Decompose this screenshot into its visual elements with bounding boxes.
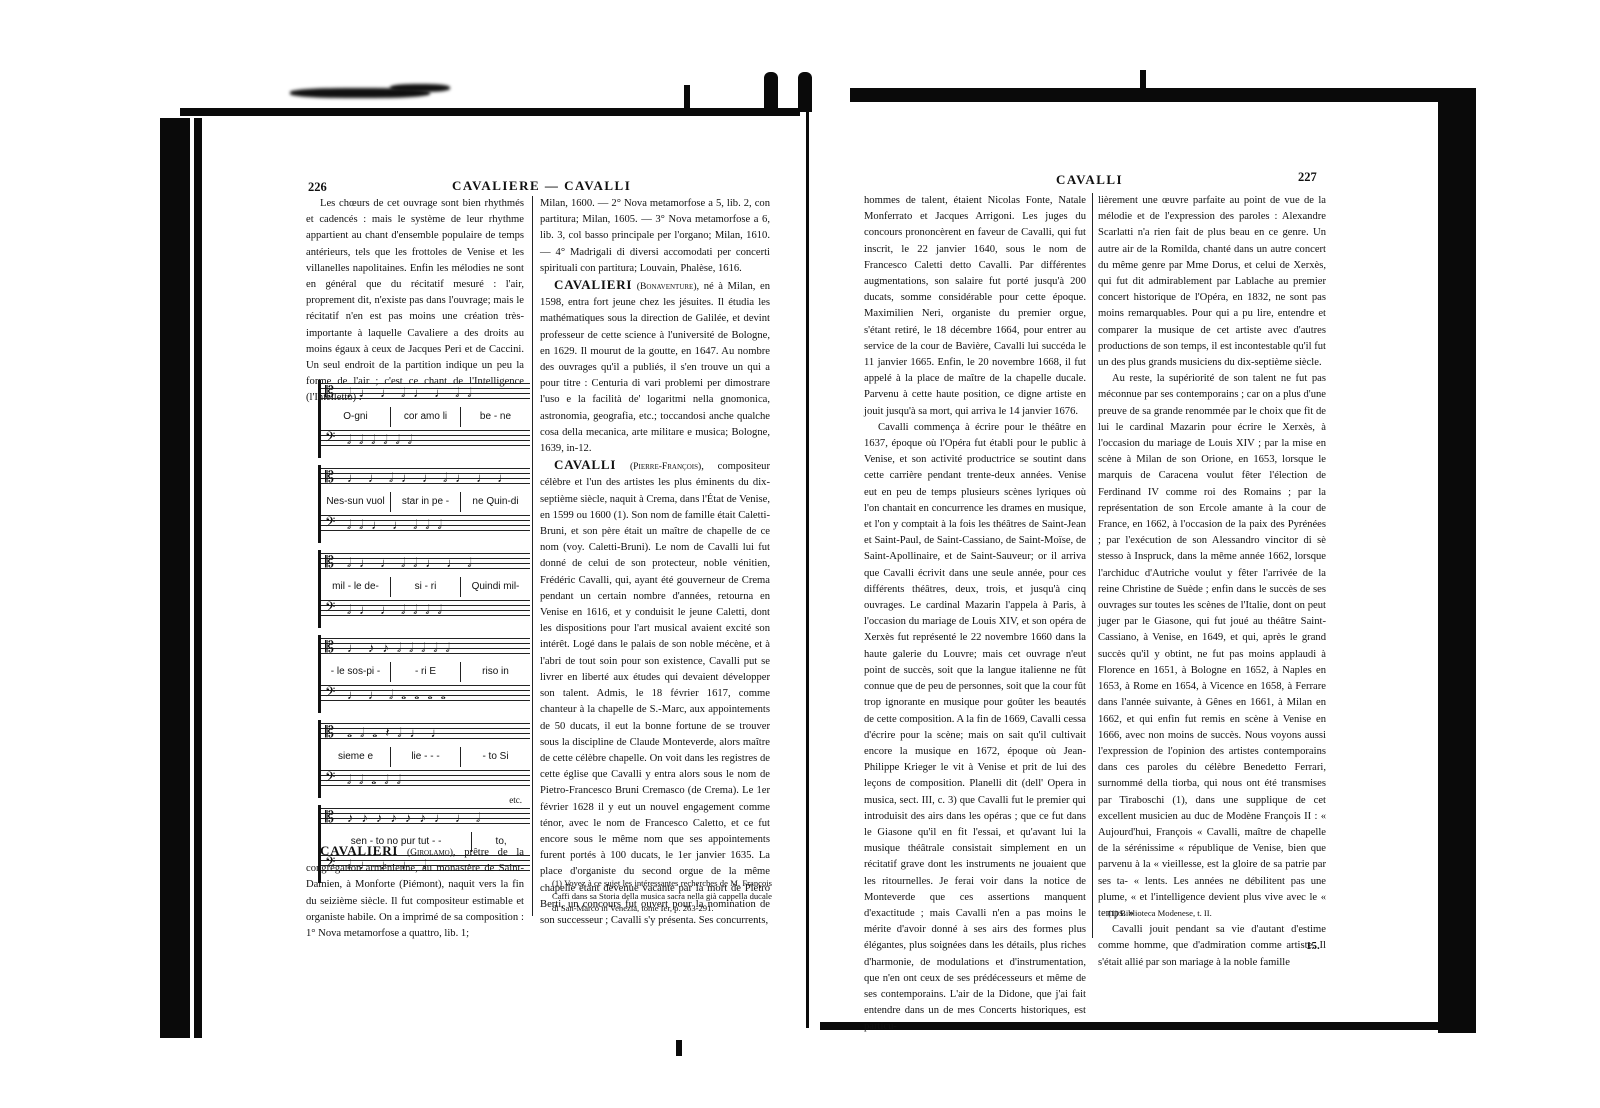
paragraph: Cavalli jouit pendant sa vie d'autant d'…: [1098, 922, 1326, 971]
gutter-tab: [798, 72, 812, 112]
lyrics-row: Nes-sun vuol star in pe - ne Quin-di: [321, 492, 530, 512]
notes: 𝅗𝅥♩♩𝅗𝅥♩♩𝅗𝅥𝅗𝅥: [347, 383, 526, 403]
c-clef-icon: 𝄡: [325, 383, 334, 403]
lyrics-row: - le sos-pi - - ri E riso in: [321, 662, 530, 682]
paragraph: lièrement une œuvre parfaite au point de…: [1098, 193, 1326, 371]
gutter-tab: [764, 72, 778, 112]
paragraph: Au reste, la supériorité de son talent n…: [1098, 371, 1326, 922]
footnote-right: (1) Biblioteca Modenese, t. II.: [1108, 907, 1328, 920]
score-system: 𝄡♩♩𝅗𝅥♩♩𝅗𝅥♩♩♩ Nes-sun vuol star in pe - n…: [318, 465, 530, 543]
left-column-1: Les chœurs de cet ouvrage sont bien rhyt…: [306, 196, 524, 407]
top-left-edge: [180, 108, 800, 116]
top-right-edge: [850, 88, 1470, 102]
right-book-edge: [1438, 88, 1476, 1033]
score-system: 𝄡𝅗𝅥♩♩𝅗𝅥𝅗𝅥♩♩𝅗𝅥 mil - le de- si - ri Quind…: [318, 550, 530, 628]
running-head-right: CAVALLI: [1056, 172, 1123, 188]
score-system: 𝄡𝅗𝅥♩♩𝅗𝅥♩♩𝅗𝅥𝅗𝅥 O-gni cor amo li be - ne 𝄢…: [318, 380, 530, 458]
score-system: 𝄡𝅝𝅗𝅥𝅝𝄽𝅗𝅥♩♩ sieme e lie - - - - to Si 𝄢𝅗𝅥…: [318, 720, 530, 798]
notes: 𝅗𝅥𝅗𝅥𝅗𝅥𝅗𝅥𝅗𝅥𝅗𝅥: [347, 430, 526, 450]
gutter-tab: [684, 85, 690, 111]
entry-cavalieri-girolamo: CAVALIERI (Girolamo), prêtre de la congr…: [306, 843, 524, 942]
paragraph: Cavalli commença à écrire pour le théâtr…: [864, 420, 1086, 1036]
lyrics-row: O-gni cor amo li be - ne: [321, 407, 530, 427]
page-number-left: 226: [308, 180, 327, 195]
right-column-2: lièrement une œuvre parfaite au point de…: [1098, 193, 1326, 971]
left-column-1-bottom: CAVALIERI (Girolamo), prêtre de la congr…: [306, 843, 524, 942]
scanned-book-spread: 226 CAVALIERE — CAVALLI Les chœurs de ce…: [0, 0, 1600, 1108]
column-rule: [532, 196, 533, 916]
lyrics-row: sieme e lie - - - - to Si: [321, 747, 530, 767]
score-system: 𝄡♩♪♪𝅗𝅥𝅗𝅥𝅗𝅥𝅗𝅥𝅗𝅥 - le sos-pi - - ri E riso…: [318, 635, 530, 713]
paragraph: hommes de talent, étaient Nicolas Fonte,…: [864, 193, 1086, 420]
music-score: 𝄡𝅗𝅥♩♩𝅗𝅥♩♩𝅗𝅥𝅗𝅥 O-gni cor amo li be - ne 𝄢…: [318, 380, 530, 890]
column-rule: [1092, 193, 1093, 938]
signature-mark: 15.: [1306, 940, 1320, 952]
left-book-edge-inner: [194, 118, 202, 1038]
etc-label: etc.: [509, 795, 522, 805]
left-book-edge: [160, 118, 190, 1038]
top-smudge: [390, 84, 450, 92]
gutter-line: [806, 108, 809, 1028]
lyrics-row: mil - le de- si - ri Quindi mil-: [321, 577, 530, 597]
continuation-paragraph: Milan, 1600. — 2° Nova metamorfose a 5, …: [540, 196, 770, 277]
entry-cavalli: CAVALLI (Pierre-François), compositeur c…: [540, 457, 770, 929]
gutter-mark: [676, 1040, 682, 1056]
footnote-left: (1) Voyez à ce sujet les intéressantes r…: [552, 877, 772, 915]
gutter-tab: [1140, 70, 1146, 94]
right-column-1: hommes de talent, étaient Nicolas Fonte,…: [864, 193, 1086, 1036]
page-number-right: 227: [1298, 170, 1317, 185]
entry-cavalieri-bonaventure: CAVALIERI (Bonaventure), né à Milan, en …: [540, 277, 770, 457]
running-head-left: CAVALIERE — CAVALLI: [452, 178, 631, 194]
left-column-2: Milan, 1600. — 2° Nova metamorfose a 5, …: [540, 196, 770, 929]
bass-clef-icon: 𝄢: [325, 430, 335, 450]
intro-paragraph: Les chœurs de cet ouvrage sont bien rhyt…: [306, 196, 524, 407]
